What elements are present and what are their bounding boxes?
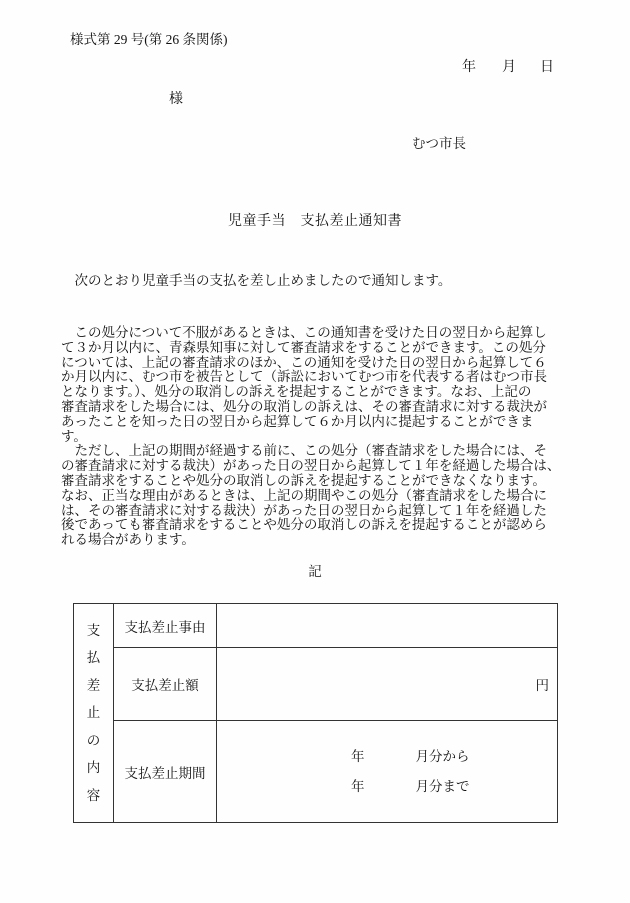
period-to-line: 年月分まで — [351, 780, 557, 794]
ki-marker: 記 — [0, 560, 630, 580]
body-line: 後であっても審査請求をすることや処分の取消しの訴えを提起することが認めら — [61, 518, 560, 533]
amount-value-cell: 円 — [217, 648, 557, 721]
document-page: 様式第 29 号(第 26 条関係) 年 月 日 様 むつ市長 児童手当 支払差… — [0, 0, 630, 903]
reason-value-cell — [217, 604, 557, 648]
body-line: の審査請求に対する裁決）があった日の翌日から起算して１年を経過した場合は、 — [61, 459, 560, 474]
body-line: 審査請求をすることや処分の取消しの訴えを提起することができなくなります。 — [61, 474, 560, 489]
body-line: れる場合があります。 — [61, 533, 560, 548]
group-header-char: 止 — [87, 706, 101, 720]
body-line: この処分について不服があるときは、この通知書を受けた日の翌日から起算し — [61, 326, 560, 341]
body-line: 審査請求をした場合には、処分の取消しの訴えは、その審査請求に対する裁決が — [61, 400, 560, 415]
date-year-label: 年 — [462, 56, 476, 76]
period-value-cell: 年月分から 年月分まで — [217, 721, 557, 822]
group-header-char: 支 — [87, 624, 101, 638]
body-line: あったことを知った日の翌日から起算して６か月以内に提起することができま — [61, 415, 560, 430]
period-to-year-label: 年 — [351, 779, 365, 794]
form-number: 様式第 29 号(第 26 条関係) — [70, 28, 228, 48]
issue-date-line: 年 月 日 — [0, 56, 630, 72]
body-line: て３か月以内に、青森県知事に対して審査請求をすることができます。この処分 — [61, 341, 560, 356]
body-line: ただし、上記の期間が経過する前に、この処分（審査請求をした場合には、そ — [61, 444, 560, 459]
addressee-honorific: 様 — [169, 88, 183, 108]
date-month-label: 月 — [502, 56, 516, 76]
group-header-char: 容 — [87, 789, 101, 803]
intro-sentence: 次のとおり児童手当の支払を差し止めましたので通知します。 — [61, 269, 451, 289]
row-label-amount: 支払差止額 — [114, 648, 217, 721]
group-header-char: 差 — [87, 679, 101, 693]
document-title: 児童手当 支払差止通知書 — [0, 210, 630, 230]
body-line: なお、正当な理由があるときは、上記の期間やこの処分（審査請求をした場合に — [61, 489, 560, 504]
period-to-suffix: 月分まで — [416, 779, 470, 794]
date-day-label: 日 — [540, 56, 554, 76]
group-header-char: 内 — [87, 761, 101, 775]
appeal-notice-paragraph: この処分について不服があるときは、この通知書を受けた日の翌日から起算し て３か月… — [61, 326, 560, 548]
row-label-period: 支払差止期間 — [114, 721, 217, 822]
period-from-suffix: 月分から — [416, 749, 470, 764]
period-from-year-label: 年 — [351, 749, 365, 764]
body-line: か月以内に、むつ市を被告として（訴訟においてむつ市を代表する者はむつ市長 — [61, 370, 560, 385]
sender-title: むつ市長 — [412, 132, 466, 152]
group-header-char: 払 — [87, 651, 101, 665]
suspension-details-table: 支 払 差 止 の 内 容 支払差止事由 支払差止額 円 支払差止期間 年月分か… — [73, 603, 558, 823]
row-label-reason: 支払差止事由 — [114, 604, 217, 648]
table-group-header-vertical: 支 払 差 止 の 内 容 — [74, 604, 114, 822]
period-from-line: 年月分から — [351, 750, 557, 764]
group-header-char: の — [87, 734, 101, 748]
body-line: となります。）、処分の取消しの訴えを提起することができます。なお、上記の — [61, 385, 560, 400]
amount-unit-label: 円 — [536, 674, 550, 694]
